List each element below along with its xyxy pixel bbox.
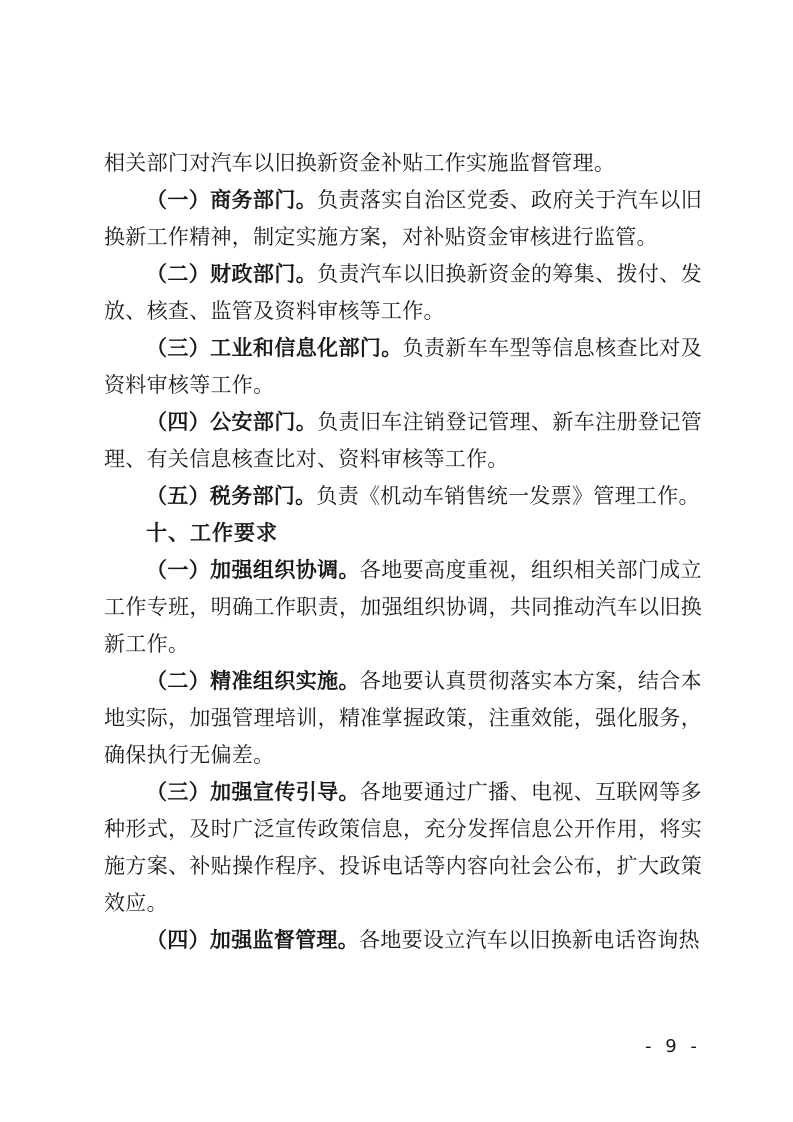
paragraph: 十、工作要求 [104, 515, 702, 552]
paragraph: （二）精准组织实施。各地要认真贯彻落实本方案，结合本地实际，加强管理培训，精准掌… [104, 663, 702, 774]
paragraph-text: 各地要设立汽车以旧换新电话咨询热 [359, 928, 700, 952]
paragraph: （三）工业和信息化部门。负责新车车型等信息核查比对及资料审核等工作。 [104, 330, 702, 404]
paragraph-lead: （三）工业和信息化部门。 [146, 336, 403, 360]
paragraph-lead: （四）加强监督管理。 [146, 928, 359, 952]
paragraph-text: 相关部门对汽车以旧换新资金补贴工作实施监督管理。 [104, 151, 615, 175]
paragraph-lead: （五）税务部门。 [146, 484, 316, 508]
paragraph: （三）加强宣传引导。各地要通过广播、电视、互联网等多种形式，及时广泛宣传政策信息… [104, 774, 702, 922]
paragraph-lead: （四）公安部门。 [146, 410, 317, 434]
paragraph-lead: （三）加强宣传引导。 [146, 780, 360, 804]
paragraph-lead: （一）商务部门。 [146, 188, 317, 212]
paragraph-lead: （二）精准组织实施。 [146, 669, 360, 693]
document-body: 相关部门对汽车以旧换新资金补贴工作实施监督管理。（一）商务部门。负责落实自治区党… [104, 145, 702, 959]
paragraph: （四）公安部门。负责旧车注销登记管理、新车注册登记管理、有关信息核查比对、资料审… [104, 404, 702, 478]
paragraph: （五）税务部门。负责《机动车销售统一发票》管理工作。 [104, 478, 702, 515]
paragraph: 相关部门对汽车以旧换新资金补贴工作实施监督管理。 [104, 145, 702, 182]
paragraph-lead: （一）加强组织协调。 [146, 558, 360, 582]
paragraph-text: 负责《机动车销售统一发票》管理工作。 [316, 484, 699, 508]
paragraph-lead: （二）财政部门。 [146, 262, 317, 286]
page-number: - 9 - [645, 1036, 701, 1057]
paragraph: （二）财政部门。负责汽车以旧换新资金的筹集、拨付、发放、核查、监管及资料审核等工… [104, 256, 702, 330]
paragraph: （四）加强监督管理。各地要设立汽车以旧换新电话咨询热 [104, 922, 702, 959]
document-page: 相关部门对汽车以旧换新资金补贴工作实施监督管理。（一）商务部门。负责落实自治区党… [0, 0, 793, 1122]
paragraph: （一）商务部门。负责落实自治区党委、政府关于汽车以旧换新工作精神，制定实施方案，… [104, 182, 702, 256]
paragraph: （一）加强组织协调。各地要高度重视，组织相关部门成立工作专班，明确工作职责，加强… [104, 552, 702, 663]
paragraph-lead: 十、工作要求 [146, 522, 278, 545]
